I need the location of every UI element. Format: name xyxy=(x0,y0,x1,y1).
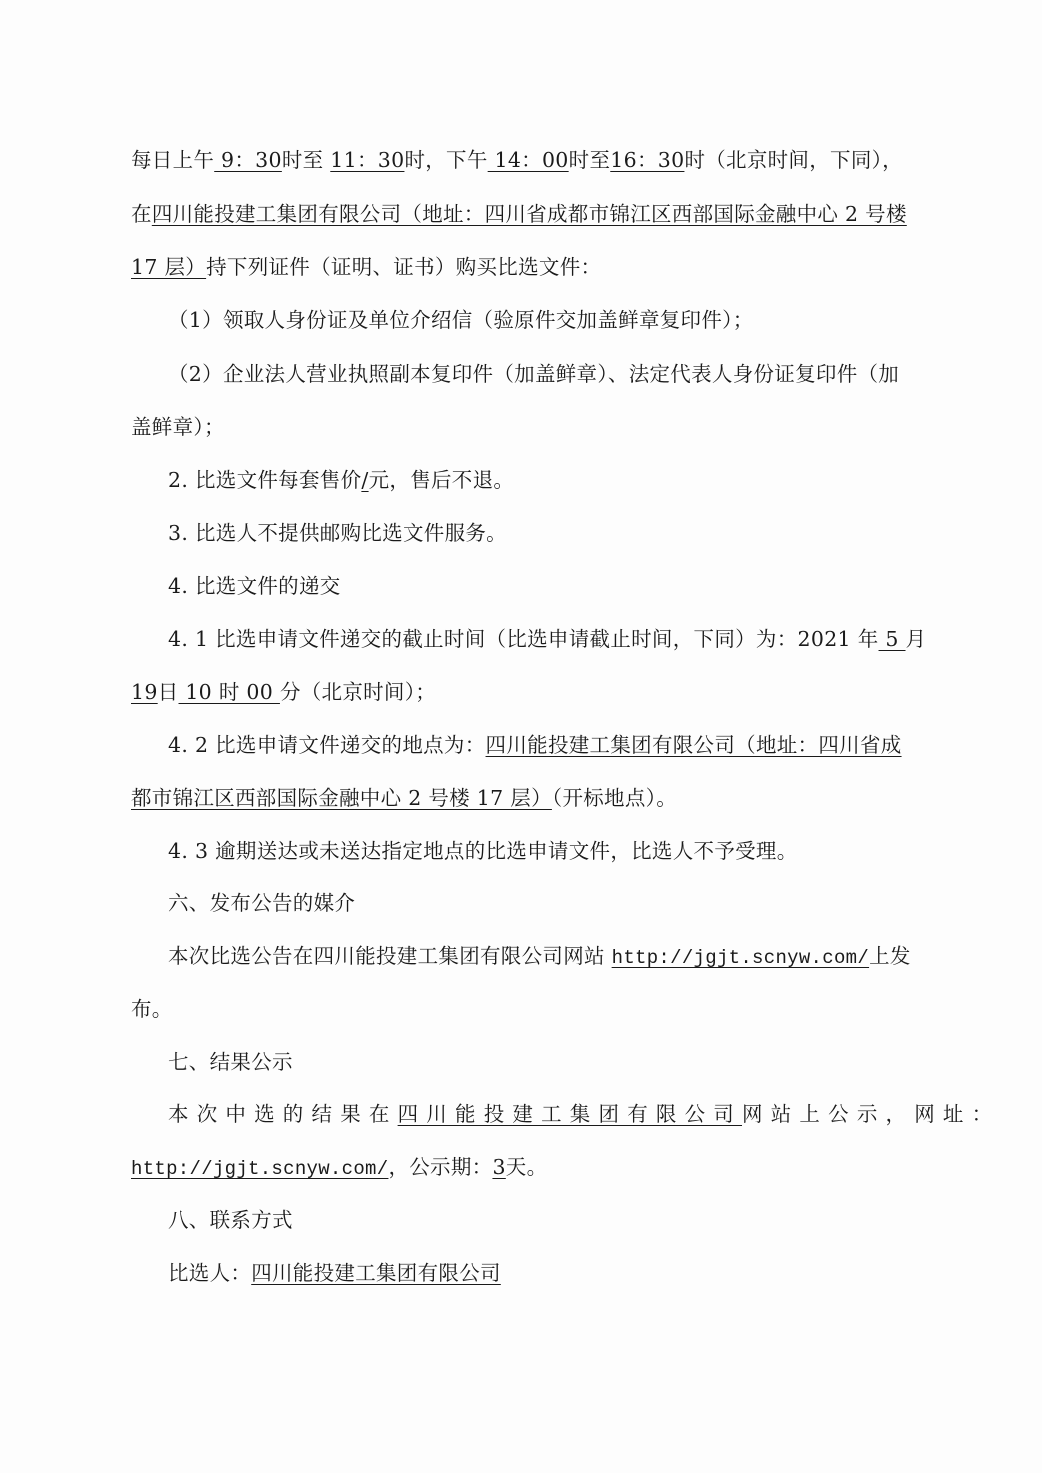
afternoon-start-time: 14：00 xyxy=(488,148,569,172)
text: （开标地点）。 xyxy=(552,786,677,810)
location-line-2: 17 层）持下列证件（证明、证书）购买比选文件： xyxy=(131,253,601,281)
text: ，公示期： xyxy=(388,1155,492,1179)
section-8-heading: 八、联系方式 xyxy=(168,1206,293,1234)
selector-company: 四川能投建工集团有限公司 xyxy=(251,1261,501,1285)
publicity-days: 3 xyxy=(492,1155,505,1179)
requirement-2-line-1: （2）企业法人营业执照副本复印件（加盖鲜章）、法定代表人身份证复印件（加 xyxy=(168,360,899,388)
morning-start-time: 9：30 xyxy=(214,148,282,172)
price-value: / xyxy=(361,468,368,492)
text: 时（北京时间，下同）， xyxy=(684,148,903,172)
text: 时至 xyxy=(282,148,330,172)
text: 月 xyxy=(906,627,927,651)
document-page: 每日上午 9：30时至 11：30时，下午 14：00时至16：30时（北京时间… xyxy=(0,0,1042,1473)
text: 持下列证件（证明、证书）购买比选文件： xyxy=(206,255,601,279)
deadline-time: 10 时 00 xyxy=(179,680,280,704)
item-4-heading: 4. 比选文件的递交 xyxy=(168,572,341,600)
item-4-1-line-2: 19日 10 时 00 分（北京时间）； xyxy=(131,678,436,706)
text: 日 xyxy=(158,680,179,704)
location-line-1: 在四川能投建工集团有限公司（地址：四川省成都市锦江区西部国际金融中心 2 号楼 xyxy=(131,200,907,228)
text: 本次比选公告在四川能投建工集团有限公司网站 xyxy=(168,944,612,968)
contact-selector-line: 比选人：四川能投建工集团有限公司 xyxy=(168,1259,501,1287)
deadline-day: 19 xyxy=(131,680,158,704)
section-7-heading: 七、结果公示 xyxy=(168,1048,293,1076)
text: 网站上公示，网址： xyxy=(742,1102,1000,1126)
item-4-3: 4. 3 逾期送达或未送达指定地点的比选申请文件，比选人不予受理。 xyxy=(168,837,798,865)
morning-end-time: 11：30 xyxy=(330,148,404,172)
office-hours-line: 每日上午 9：30时至 11：30时，下午 14：00时至16：30时（北京时间… xyxy=(131,146,903,174)
section-7-line-1: 本次中选的结果在四川能投建工集团有限公司网站上公示，网址： xyxy=(168,1100,1000,1128)
text: 元，售后不退。 xyxy=(369,468,515,492)
submission-address-cont: 都市锦江区西部国际金融中心 2 号楼 17 层） xyxy=(131,786,552,810)
company-address: 四川能投建工集团有限公司（地址：四川省成都市锦江区西部国际金融中心 2 号楼 xyxy=(152,202,907,226)
text: 本次中选的结果在 xyxy=(168,1102,398,1126)
text: 分（北京时间）； xyxy=(280,680,436,704)
deadline-month: 5 xyxy=(879,627,906,651)
selector-label: 比选人： xyxy=(168,1261,251,1285)
website-link[interactable]: http://jgjt.scnyw.com/ xyxy=(612,947,869,969)
item-3: 3. 比选人不提供邮购比选文件服务。 xyxy=(168,519,507,547)
item-4-2-line-1: 4. 2 比选申请文件递交的地点为：四川能投建工集团有限公司（地址：四川省成 xyxy=(168,731,902,759)
item-4-1-line-1: 4. 1 比选申请文件递交的截止时间（比选申请截止时间，下同）为：2021 年 … xyxy=(168,625,926,653)
text: 在 xyxy=(131,202,152,226)
item-2-price: 2. 比选文件每套售价/元，售后不退。 xyxy=(168,466,514,494)
results-website-link[interactable]: http://jgjt.scnyw.com/ xyxy=(131,1158,388,1180)
section-6-heading: 六、发布公告的媒介 xyxy=(168,889,355,917)
text: 天。 xyxy=(506,1155,548,1179)
section-7-line-2: http://jgjt.scnyw.com/，公示期：3天。 xyxy=(131,1153,547,1183)
requirement-2-line-2: 盖鲜章）； xyxy=(131,413,225,441)
company-address-floor: 17 层） xyxy=(131,255,206,279)
text: 每日上午 xyxy=(131,148,214,172)
afternoon-end-time: 16：30 xyxy=(610,148,684,172)
text: 4. 1 比选申请文件递交的截止时间（比选申请截止时间，下同）为：2021 年 xyxy=(168,627,879,651)
company-name: 四川能投建工集团有限公司 xyxy=(398,1102,742,1126)
text: 上发 xyxy=(869,944,911,968)
item-4-2-line-2: 都市锦江区西部国际金融中心 2 号楼 17 层）（开标地点）。 xyxy=(131,784,677,812)
section-6-line-1: 本次比选公告在四川能投建工集团有限公司网站 http://jgjt.scnyw.… xyxy=(168,942,911,972)
text: 2. 比选文件每套售价 xyxy=(168,468,361,492)
submission-address: 四川能投建工集团有限公司（地址：四川省成 xyxy=(486,733,902,757)
text: 时，下午 xyxy=(404,148,487,172)
section-6-line-2: 布。 xyxy=(131,995,173,1023)
requirement-1: （1）领取人身份证及单位介绍信（验原件交加盖鲜章复印件）； xyxy=(168,306,754,334)
text: 时至 xyxy=(569,148,611,172)
text: 4. 2 比选申请文件递交的地点为： xyxy=(168,733,486,757)
